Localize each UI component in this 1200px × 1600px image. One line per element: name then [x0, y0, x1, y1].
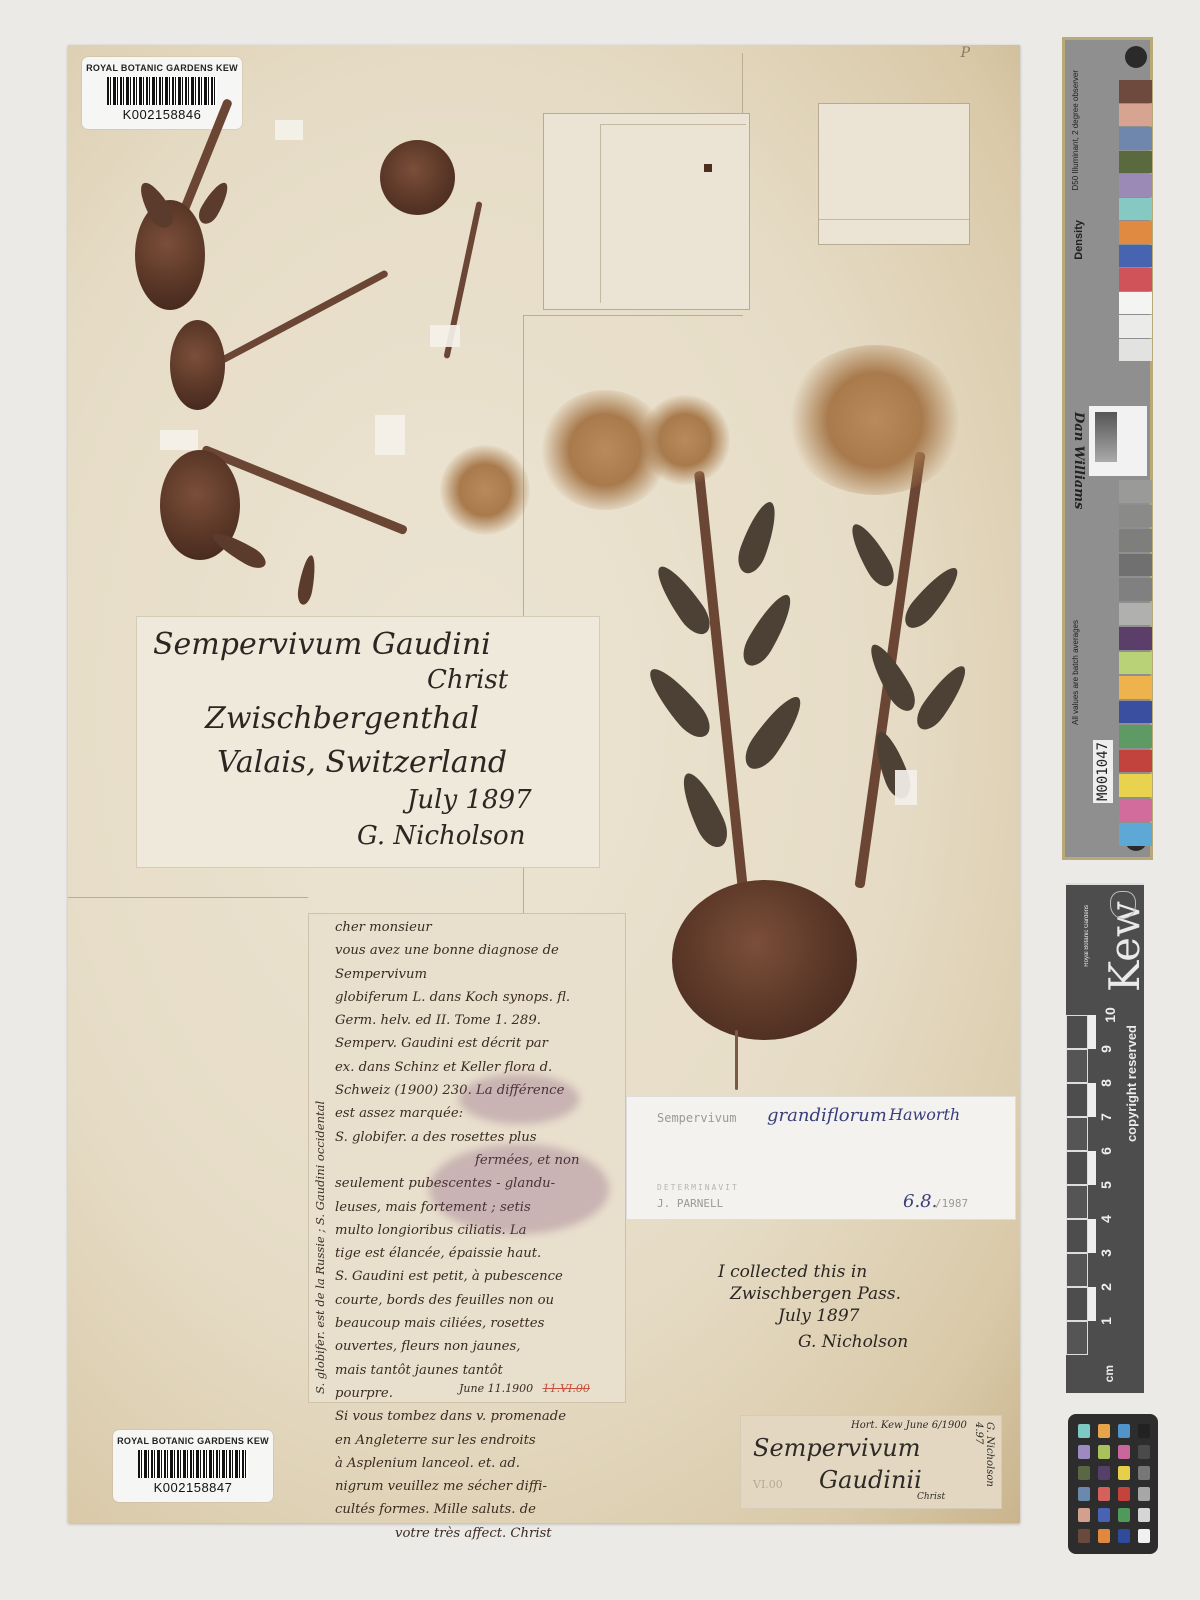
color-swatch: [1119, 676, 1152, 699]
ruler-id: M001047: [1093, 740, 1113, 803]
checker-patch: [1078, 1508, 1090, 1522]
checker-patch: [1138, 1529, 1150, 1543]
barcode-number: K002158847: [113, 1480, 273, 1495]
checker-patch: [1078, 1445, 1090, 1459]
kew-label-header: Hort. Kew June 6/1900: [851, 1420, 967, 1431]
color-checker: [1068, 1414, 1158, 1554]
checker-patch: [1098, 1445, 1110, 1459]
flower-head: [440, 445, 530, 535]
color-swatch: [1119, 315, 1152, 338]
fold-line: [523, 315, 743, 316]
checker-patch: [1118, 1529, 1130, 1543]
color-swatch: [1119, 480, 1152, 503]
scale-block: [1066, 1219, 1088, 1253]
checker-patch: [1078, 1487, 1090, 1501]
collection-note: I collected this in Zwischbergen Pass. J…: [718, 1262, 978, 1352]
wedge-gradient: [1095, 412, 1117, 462]
kew-garden-label: Hort. Kew June 6/1900 Sempervivum Gaudin…: [740, 1415, 1002, 1509]
collector-label-date: July 1897: [407, 785, 532, 815]
scale-unit: cm: [1102, 1365, 1116, 1382]
checker-patch: [1098, 1466, 1110, 1480]
checker-patch: [1078, 1424, 1090, 1438]
scale-block: [1088, 1117, 1096, 1151]
color-swatch: [1119, 339, 1152, 362]
root: [735, 1030, 738, 1090]
color-swatch: [1119, 725, 1152, 748]
checker-patch: [1098, 1424, 1110, 1438]
det-author: Haworth: [889, 1105, 960, 1124]
mounting-strap: [375, 415, 405, 455]
color-swatch: [1119, 505, 1152, 528]
letter-line: cher monsieur: [335, 916, 619, 939]
flower-head: [785, 345, 965, 495]
color-swatch: [1119, 127, 1152, 150]
scale-block: [1066, 1117, 1088, 1151]
scale-block: [1088, 1321, 1096, 1355]
mounting-strap: [160, 430, 198, 450]
scale-block: [1066, 1287, 1088, 1321]
scale-block: [1066, 1049, 1088, 1083]
checker-patch: [1098, 1487, 1110, 1501]
collector-label-author: Christ: [427, 665, 508, 695]
letter-line: Germ. helv. ed II. Tome 1. 289.: [335, 1009, 619, 1032]
color-swatch: [1119, 750, 1152, 773]
collector-label-collector: G. Nicholson: [357, 821, 525, 851]
color-swatch: [1119, 701, 1152, 724]
copyright-text: copyright reserved: [1124, 1025, 1139, 1142]
letter-line: courte, bords des feuilles non ou: [335, 1289, 619, 1312]
scale-tick-label: 9: [1098, 1045, 1114, 1053]
letter-line: votre très affect. Christ: [335, 1522, 619, 1545]
letter-line: S. Gaudini est petit, à pubescence: [335, 1265, 619, 1288]
barcode: [107, 77, 217, 105]
collector-label: Sempervivum Gaudini Christ Zwischbergent…: [136, 616, 600, 868]
letter-margin-note: S. globifer. est de la Russie ; S. Gaudi…: [309, 924, 333, 1394]
scale-block: [1088, 1219, 1096, 1253]
barcode: [138, 1450, 248, 1478]
scale-block: [1066, 1253, 1088, 1287]
scale-block: [1066, 1151, 1088, 1185]
color-swatch: [1119, 292, 1152, 315]
ruler-footnote: All values are batch averages: [1071, 620, 1080, 725]
checker-patch: [1118, 1466, 1130, 1480]
checker-patch: [1098, 1508, 1110, 1522]
color-swatch: [1119, 554, 1152, 577]
mounting-strap: [275, 120, 303, 140]
color-swatch: [1119, 627, 1152, 650]
letter-line: S. globifer. a des rosettes plus: [335, 1126, 619, 1149]
checker-patch: [1078, 1529, 1090, 1543]
checker-patch: [1118, 1487, 1130, 1501]
fragment-packet[interactable]: [818, 103, 970, 245]
fold-line: [68, 897, 308, 898]
checker-patch: [1138, 1508, 1150, 1522]
seed-fragment: [704, 164, 712, 172]
checker-patch: [1138, 1424, 1150, 1438]
color-swatch: [1119, 578, 1152, 601]
institution-name: ROYAL BOTANIC GARDENS KEW: [82, 63, 242, 73]
color-swatch: [1119, 174, 1152, 197]
color-swatch: [1119, 104, 1152, 127]
letter-line: Si vous tombez dans v. promenade: [335, 1405, 619, 1428]
scale-block: [1066, 1321, 1088, 1355]
scale-tick-label: 1: [1098, 1317, 1114, 1325]
color-swatch: [1119, 652, 1152, 675]
scale-tick-label: 10: [1102, 1007, 1118, 1023]
color-swatch: [1119, 221, 1152, 244]
ink-smudge: [459, 1074, 579, 1124]
scale-tick-label: 5: [1098, 1181, 1114, 1189]
density-label: Density: [1073, 220, 1085, 260]
kew-subtitle: Royal Botanic Gardens: [1084, 905, 1090, 967]
sheet-corner-mark: P: [961, 45, 970, 61]
color-swatch: [1119, 198, 1152, 221]
color-swatch: [1119, 245, 1152, 268]
scale-tick-label: 3: [1098, 1249, 1114, 1257]
note-line: G. Nicholson: [718, 1332, 978, 1352]
ink-smudge: [429, 1144, 609, 1234]
letter-line: ouvertes, fleurs non jaunes,: [335, 1335, 619, 1358]
det-genus: Sempervivum: [657, 1111, 736, 1125]
color-swatch: [1119, 268, 1152, 291]
color-calibration-ruler: D50 Illuminant, 2 degree observer Densit…: [1062, 37, 1153, 860]
det-date: 6.8.: [903, 1191, 937, 1212]
basal-rosette: [672, 880, 857, 1040]
kew-label-author: Christ: [917, 1492, 945, 1502]
color-swatch: [1119, 151, 1152, 174]
kew-label-side-note: G. Nicholson 4.97: [973, 1422, 995, 1508]
registration-dot: [1125, 46, 1147, 68]
scale-block: [1066, 1083, 1088, 1117]
scale-tick-label: 6: [1098, 1147, 1114, 1155]
color-swatch: [1119, 529, 1152, 552]
det-label: DETERMINAVIT: [657, 1183, 739, 1192]
scale-tick-label: 8: [1098, 1079, 1114, 1087]
color-swatch: [1119, 774, 1152, 797]
note-line: Zwischbergen Pass.: [718, 1284, 978, 1304]
color-swatch: [1119, 823, 1152, 846]
checker-patch: [1138, 1445, 1150, 1459]
checker-patch: [1138, 1466, 1150, 1480]
letter-line: cultés formes. Mille saluts. de: [335, 1498, 619, 1521]
letter-red-date: 11.VI.00: [543, 1382, 590, 1395]
crest-icon: [1110, 891, 1136, 919]
scale-block: [1088, 1015, 1096, 1049]
mounting-strap: [895, 770, 917, 805]
scale-block: [1066, 1015, 1088, 1049]
collector-label-region: Valais, Switzerland: [217, 745, 507, 780]
color-swatch: [1119, 603, 1152, 626]
color-swatch: [1119, 799, 1152, 822]
checker-patch: [1118, 1424, 1130, 1438]
det-species: grandiflorum: [767, 1105, 887, 1126]
barcode-label-bottom: ROYAL BOTANIC GARDENS KEW K002158847: [113, 1430, 273, 1502]
letter-date: June 11.1900: [459, 1382, 533, 1395]
flower-head: [640, 395, 730, 485]
scale-tick-label: 4: [1098, 1215, 1114, 1223]
note-line: July 1897: [718, 1306, 978, 1326]
letter-line: nigrum veuillez me sécher diffi-: [335, 1475, 619, 1498]
determination-slip: Sempervivum grandiflorum Haworth DETERMI…: [626, 1096, 1016, 1220]
packet-flap: [600, 124, 746, 303]
handwritten-letter: S. globifer. est de la Russie ; S. Gaudi…: [308, 913, 626, 1403]
collector-label-locality: Zwischbergenthal: [205, 701, 479, 736]
leaf-rosette: [380, 140, 455, 215]
mounting-strap: [430, 325, 460, 347]
kew-label-genus: Sempervivum: [753, 1434, 920, 1462]
letter-line: vous avez une bonne diagnose de Sempervi…: [335, 939, 619, 986]
scale-tick-label: 7: [1098, 1113, 1114, 1121]
checker-patch: [1138, 1487, 1150, 1501]
letter-line: tige est élancée, épaissie haut.: [335, 1242, 619, 1265]
letter-line: en Angleterre sur les endroits: [335, 1429, 619, 1452]
leaf-rosette: [170, 320, 225, 410]
letter-line: à Asplenium lanceol. et. ad.: [335, 1452, 619, 1475]
scale-block: [1088, 1253, 1096, 1287]
scale-block: [1088, 1287, 1096, 1321]
letter-line: beaucoup mais ciliées, rosettes: [335, 1312, 619, 1335]
kew-scale-bar: Kew Royal Botanic Gardens copyright rese…: [1066, 883, 1144, 1393]
scale-block: [1088, 1185, 1096, 1219]
scale-block: [1088, 1151, 1096, 1185]
note-line: I collected this in: [718, 1262, 978, 1282]
collector-label-name: Sempervivum Gaudini: [153, 627, 491, 662]
packet-flap: [819, 219, 969, 244]
det-year: /1987: [935, 1197, 968, 1210]
scale-block: [1066, 1185, 1088, 1219]
color-swatch: [1119, 80, 1152, 103]
grey-wedge: [1089, 406, 1147, 476]
checker-patch: [1078, 1466, 1090, 1480]
checker-patch: [1118, 1508, 1130, 1522]
checker-patch: [1098, 1529, 1110, 1543]
institution-name: ROYAL BOTANIC GARDENS KEW: [113, 1436, 273, 1446]
illuminant-note: D50 Illuminant, 2 degree observer: [1071, 70, 1080, 191]
kew-label-stamp: VI.00: [753, 1478, 783, 1491]
scale-tick-label: 2: [1098, 1283, 1114, 1291]
letter-line: Semperv. Gaudini est décrit par: [335, 1032, 619, 1055]
ruler-brand: Dan Williams: [1071, 412, 1086, 509]
letter-line: ex. dans Schinz et Keller flora d.: [335, 1056, 619, 1079]
scale-block: [1088, 1083, 1096, 1117]
det-determiner: J. PARNELL: [657, 1197, 723, 1210]
letter-line: globiferum L. dans Koch synops. fl.: [335, 986, 619, 1009]
fragment-packet[interactable]: [543, 113, 750, 310]
kew-label-species: Gaudinii: [819, 1466, 922, 1494]
scale-block: [1088, 1049, 1096, 1083]
checker-patch: [1118, 1445, 1130, 1459]
